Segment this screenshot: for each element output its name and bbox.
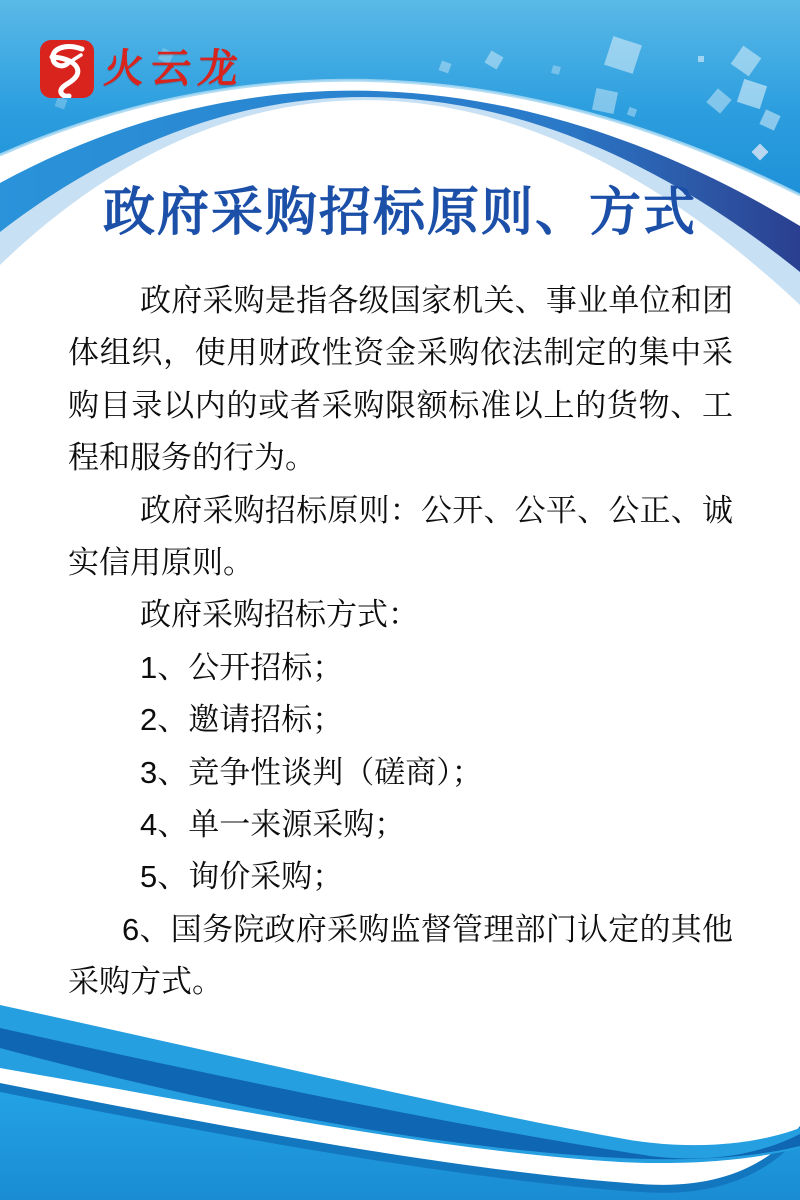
method-item: 2、邀请招标； bbox=[68, 694, 733, 746]
method-item: 3、竞争性谈判（磋商）； bbox=[68, 747, 733, 799]
methods-heading: 政府采购招标方式： bbox=[68, 589, 733, 641]
body-text: 政府采购是指各级国家机关、事业单位和团体组织，使用财政性资金采购依法制定的集中采… bbox=[68, 275, 733, 1009]
dragon-swirl-icon bbox=[40, 40, 94, 98]
paragraph-principles: 政府采购招标原则：公开、公平、公正、诚实信用原则。 bbox=[68, 485, 733, 590]
paragraph-definition: 政府采购是指各级国家机关、事业单位和团体组织，使用财政性资金采购依法制定的集中采… bbox=[68, 275, 733, 485]
page-title: 政府采购招标原则、方式 bbox=[0, 183, 800, 245]
method-item: 4、单一来源采购； bbox=[68, 799, 733, 851]
method-item: 1、公开招标； bbox=[68, 642, 733, 694]
brand-name: 火云龙 bbox=[101, 40, 247, 98]
procurement-poster: 火云龙 政府采购招标原则、方式 政府采购是指各级国家机关、事业单位和团体组织，使… bbox=[0, 0, 800, 1200]
brand-logo: 火云龙 bbox=[40, 40, 245, 98]
method-item: 6、国务院政府采购监督管理部门认定的其他采购方式。 bbox=[68, 904, 733, 1009]
method-item: 5、询价采购； bbox=[68, 851, 733, 903]
footer-wave bbox=[0, 1000, 800, 1200]
